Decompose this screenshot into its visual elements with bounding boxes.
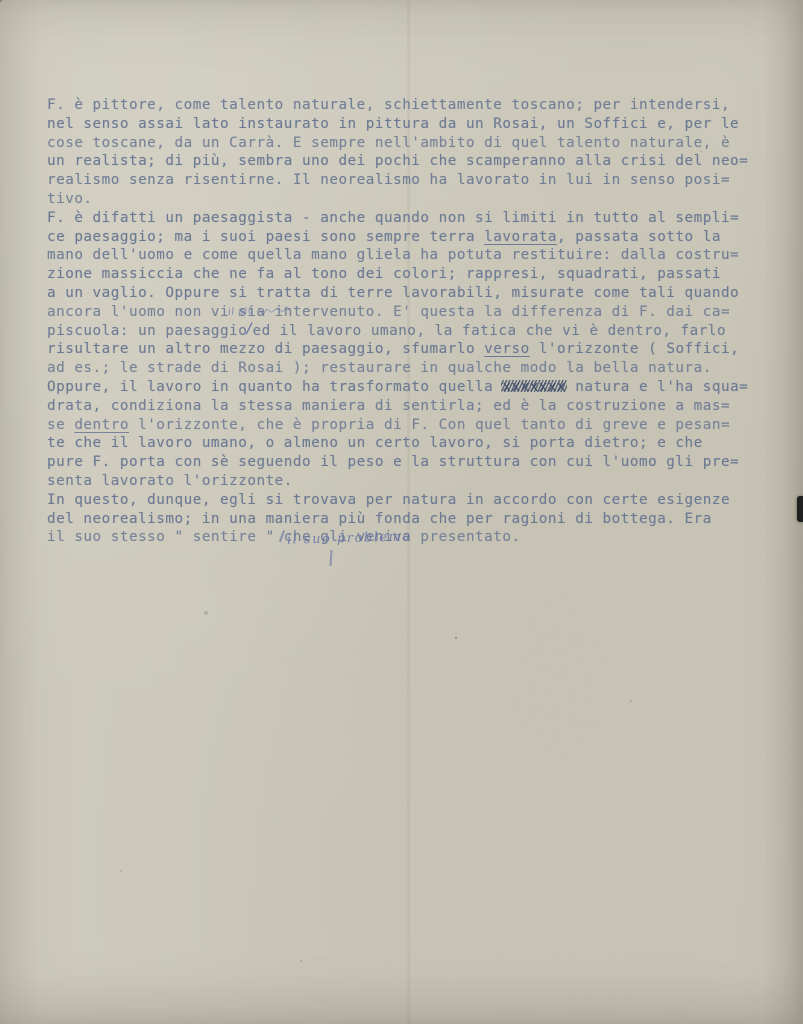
typed-segment: ce paesaggio; ma i suoi paesi sono sempr… xyxy=(47,229,484,245)
typed-line: ancora l'uomo non vi sia intervenuto. E'… xyxy=(47,303,773,322)
underlined-word: verso xyxy=(484,341,530,357)
typed-segment: l'orizzonte, che è propria di F. Con que… xyxy=(129,417,730,433)
typed-segment: , passata sotto la xyxy=(557,229,721,245)
typed-line: un realista; di più, sembra uno dei poch… xyxy=(47,152,773,171)
typed-line: senta lavorato l'orizzonte. xyxy=(47,472,773,491)
typed-line: a un vaglio. Oppure si tratta di terre l… xyxy=(47,284,773,303)
typed-segment: mano dell'uomo e come quella mano gliela… xyxy=(47,247,739,263)
interlinear-note-text: il più xyxy=(228,306,255,317)
handwriting-vertical-stroke xyxy=(330,550,332,566)
typed-line: se dentro l'orizzonte, che è propria di … xyxy=(47,416,773,435)
typed-segment: risultare un altro mezzo di paesaggio, s… xyxy=(47,341,484,357)
typed-line: pure F. porta con sè seguendo il peso e … xyxy=(47,453,773,472)
typed-line: F. è difatti un paesaggista - anche quan… xyxy=(47,209,773,228)
typed-segment: piscuola: un paesaggio xyxy=(47,323,247,339)
typed-line: nel senso assai lato instaurato in pittu… xyxy=(47,115,773,134)
typed-segment: tivo. xyxy=(47,191,93,207)
typed-line: del neorealismo; in una maniera più fond… xyxy=(47,510,773,529)
handwriting-scribble xyxy=(256,305,290,315)
typed-segment: a un vaglio. Oppure si tratta di terre l… xyxy=(47,285,739,301)
insertion-caret-mark: / xyxy=(245,321,254,337)
typed-segment: l'orizzonte ( Soffici, xyxy=(530,341,739,357)
typed-segment: cose toscane, da un Carrà. E sempre nell… xyxy=(47,135,730,151)
struck-out-word: xxxxxxx xyxy=(502,379,566,395)
typed-segment: te che il lavoro umano, o almeno un cert… xyxy=(47,435,703,451)
typed-segment: senta lavorato l'orizzonte. xyxy=(47,473,293,489)
typed-segment: realismo senza risentirne. Il neorealism… xyxy=(47,172,730,188)
typed-segment: pure F. porta con sè seguendo il peso e … xyxy=(47,454,739,470)
underlined-word: dentro xyxy=(74,417,129,433)
typed-line: realismo senza risentirne. Il neorealism… xyxy=(47,171,773,190)
typed-segment: F. è pittore, come talento naturale, sch… xyxy=(47,97,730,113)
typed-segment: natura e l'ha squa= xyxy=(566,379,748,395)
right-edge-ink-mark xyxy=(797,496,803,522)
typed-line: drata, condiziona la stessa maniera di s… xyxy=(47,397,773,416)
typed-line: te che il lavoro umano, o almeno un cert… xyxy=(47,434,773,453)
typed-line: ad es.; le strade di Rosai ); restaurare… xyxy=(47,359,773,378)
typed-line: Oppure, il lavoro in quanto ha trasforma… xyxy=(47,378,773,397)
typed-line: cose toscane, da un Carrà. E sempre nell… xyxy=(47,134,773,153)
typed-segment: nel senso assai lato instaurato in pittu… xyxy=(47,116,739,132)
typewritten-page: F. è pittore, come talento naturale, sch… xyxy=(0,0,803,1024)
typed-segment: un realista; di più, sembra uno dei poch… xyxy=(47,153,748,169)
typed-line: piscuola: un paesaggio/ed il lavoro uman… xyxy=(47,322,773,341)
paper-specks xyxy=(0,0,2,2)
typed-segment: ed il lavoro umano, la fatica che vi è d… xyxy=(252,323,726,339)
typed-line: F. è pittore, come talento naturale, sch… xyxy=(47,96,773,115)
typed-line: tivo. xyxy=(47,190,773,209)
typed-segment: del neorealismo; in una maniera più fond… xyxy=(47,511,712,527)
typed-segment: F. è difatti un paesaggista - anche quan… xyxy=(47,210,739,226)
typed-segment: Oppure, il lavoro in quanto ha trasforma… xyxy=(47,379,502,395)
typed-segment: ad es.; le strade di Rosai ); restaurare… xyxy=(47,360,712,376)
underlined-word: lavorata xyxy=(484,229,557,245)
typed-segment: drata, condiziona la stessa maniera di s… xyxy=(47,398,730,414)
typed-line: mano dell'uomo e come quella mano gliela… xyxy=(47,246,773,265)
typed-line: ce paesaggio; ma i suoi paesi sono sempr… xyxy=(47,228,773,247)
typed-line: risultare un altro mezzo di paesaggio, s… xyxy=(47,340,773,359)
typed-segment: In questo, dunque, egli si trovava per n… xyxy=(47,492,730,508)
typed-line: In questo, dunque, egli si trovava per n… xyxy=(47,491,773,510)
typed-segment: ancora l'uomo non vi sia intervenuto. E'… xyxy=(47,304,730,320)
typed-text: F. è pittore, come talento naturale, sch… xyxy=(47,96,773,547)
typed-segment: se xyxy=(47,417,74,433)
typed-line: zione massiccia che ne fa al tono dei co… xyxy=(47,265,773,284)
typed-segment: zione massiccia che ne fa al tono dei co… xyxy=(47,266,721,282)
